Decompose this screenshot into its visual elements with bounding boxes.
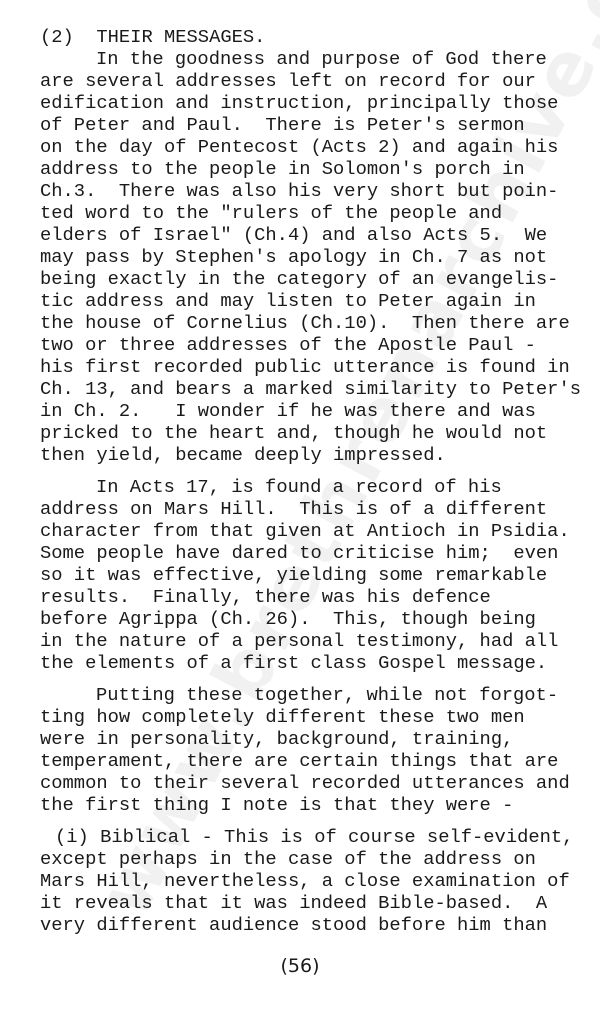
text-line: elders of Israel" (Ch.4) and also Acts 5… [40, 224, 600, 246]
text-line: (i) Biblical - This is of course self-ev… [40, 826, 600, 848]
text-line: In Acts 17, is found a record of his [40, 476, 600, 498]
text-line: his first recorded public utterance is f… [40, 356, 600, 378]
text-line: tic address and may listen to Peter agai… [40, 290, 600, 312]
paragraph-gap [40, 816, 600, 826]
text-line: in the nature of a personal testimony, h… [40, 630, 600, 652]
paragraph-3: Putting these together, while not forgot… [40, 684, 600, 816]
text-line: two or three addresses of the Apostle Pa… [40, 334, 600, 356]
section-number: (2) [40, 26, 74, 48]
text-line: very different audience stood before him… [40, 914, 600, 936]
text-line: Ch. 13, and bears a marked similarity to… [40, 378, 600, 400]
text-line: in Ch. 2. I wonder if he was there and w… [40, 400, 600, 422]
text-line: address to the people in Solomon's porch… [40, 158, 600, 180]
text-line: temperament, there are certain things th… [40, 750, 600, 772]
paragraph-gap [40, 466, 600, 476]
text-line: In the goodness and purpose of God there [40, 48, 600, 70]
page-number: (56) [0, 955, 600, 977]
text-line: address on Mars Hill. This is of a diffe… [40, 498, 600, 520]
text-line: being exactly in the category of an evan… [40, 268, 600, 290]
section-title: THEIR MESSAGES. [96, 26, 265, 48]
text-line: character from that given at Antioch in … [40, 520, 600, 542]
text-line: may pass by Stephen's apology in Ch. 7 a… [40, 246, 600, 268]
text-line: the elements of a first class Gospel mes… [40, 652, 600, 674]
text-line: are several addresses left on record for… [40, 70, 600, 92]
text-line: edification and instruction, principally… [40, 92, 600, 114]
text-line: Mars Hill, nevertheless, a close examina… [40, 870, 600, 892]
paragraph-2: In Acts 17, is found a record of his add… [40, 476, 600, 674]
text-line: except perhaps in the case of the addres… [40, 848, 600, 870]
text-line: Some people have dared to criticise him;… [40, 542, 600, 564]
text-line: so it was effective, yielding some remar… [40, 564, 600, 586]
text-line: were in personality, background, trainin… [40, 728, 600, 750]
text-line: results. Finally, there was his defence [40, 586, 600, 608]
text-line: ting how completely different these two … [40, 706, 600, 728]
text-line: Ch.3. There was also his very short but … [40, 180, 600, 202]
text-line: common to their several recorded utteran… [40, 772, 600, 794]
paragraph-1: In the goodness and purpose of God there… [40, 48, 600, 466]
section-heading: (2) THEIR MESSAGES. [40, 26, 600, 48]
paragraph-4: (i) Biblical - This is of course self-ev… [40, 826, 600, 936]
text-line: Putting these together, while not forgot… [40, 684, 600, 706]
text-line: the first thing I note is that they were… [40, 794, 600, 816]
text-line: pricked to the heart and, though he woul… [40, 422, 600, 444]
text-line: ted word to the "rulers of the people an… [40, 202, 600, 224]
document-page: (2) THEIR MESSAGES. In the goodness and … [40, 26, 600, 936]
text-line: on the day of Pentecost (Acts 2) and aga… [40, 136, 600, 158]
text-line: the house of Cornelius (Ch.10). Then the… [40, 312, 600, 334]
paragraph-gap [40, 674, 600, 684]
text-line: of Peter and Paul. There is Peter's serm… [40, 114, 600, 136]
text-line: before Agrippa (Ch. 26). This, though be… [40, 608, 600, 630]
text-line: then yield, became deeply impressed. [40, 444, 600, 466]
text-line: it reveals that it was indeed Bible-base… [40, 892, 600, 914]
